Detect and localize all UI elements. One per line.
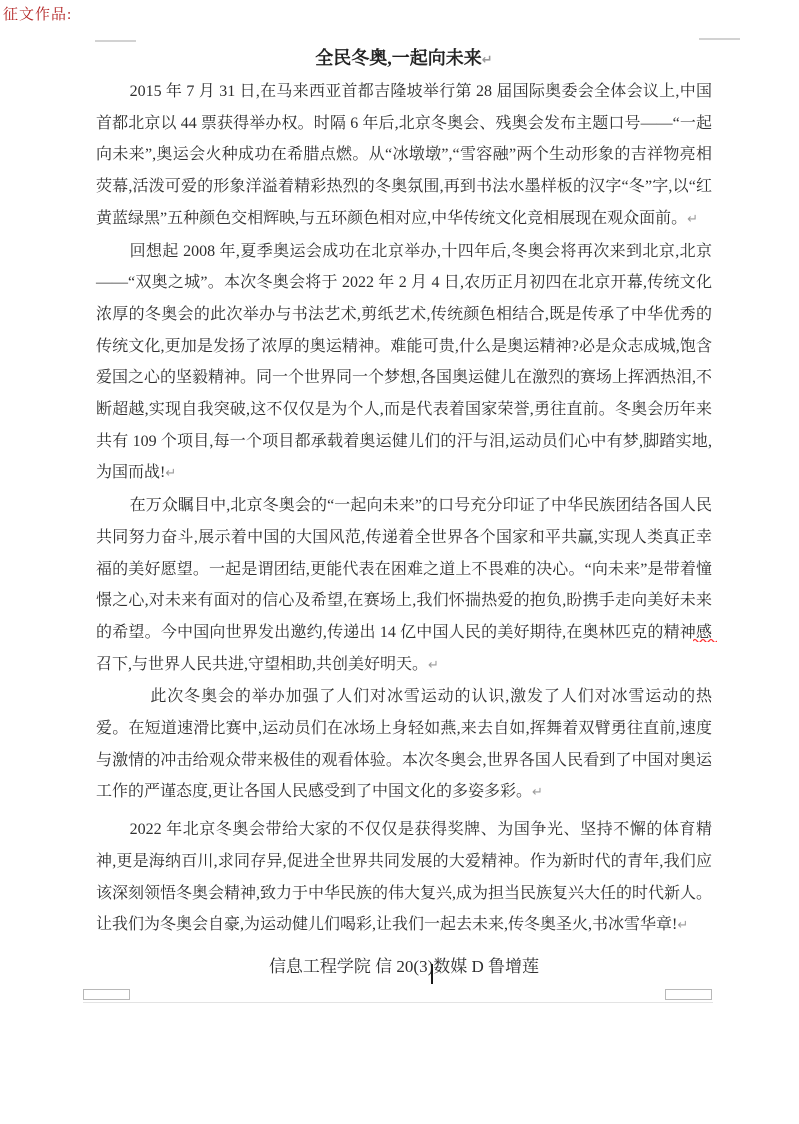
- paragraph-2-text: 回想起 2008 年,夏季奥运会成功在北京举办,十四年后,冬奥会将再次来到北京,…: [96, 243, 712, 482]
- paragraph-2[interactable]: 回想起 2008 年,夏季奥运会成功在北京举办,十四年后,冬奥会将再次来到北京,…: [96, 236, 712, 491]
- paragraph-3-text: 在万众瞩目中,北京冬奥会的“一起向未来”的口号充分印证了中华民族团结各国人民共同…: [96, 497, 712, 673]
- paragraph-mark-icon: ↵: [165, 466, 176, 481]
- paragraph-3[interactable]: 在万众瞩目中,北京冬奥会的“一起向未来”的口号充分印证了中华民族团结各国人民共同…: [96, 490, 712, 681]
- paragraph-4[interactable]: 此次冬奥会的举办加强了人们对冰雪运动的认识,激发了人们对冰雪运动的热爱。在短道速…: [96, 681, 712, 809]
- document-title-text: 全民冬奥,一起向未来: [315, 48, 482, 68]
- paragraph-mark-icon: ↵: [482, 53, 493, 68]
- document-title[interactable]: 全民冬奥,一起向未来↵: [96, 44, 712, 70]
- document-text-area[interactable]: 全民冬奥,一起向未来↵ 2015 年 7 月 31 日,在马来西亚首都吉隆坡举行…: [96, 0, 712, 977]
- paragraph-1-text: 2015 年 7 月 31 日,在马来西亚首都吉隆坡举行第 28 届国际奥委会全…: [96, 83, 712, 227]
- paragraph-4-text: 此次冬奥会的举办加强了人们对冰雪运动的认识,激发了人们对冰雪运动的热爱。在短道速…: [96, 688, 712, 800]
- page-boundary-mark-right: [665, 989, 712, 1000]
- paragraph-5[interactable]: 2022 年北京冬奥会带给大家的不仅仅是获得奖牌、为国争光、坚持不懈的体育精神,…: [96, 814, 712, 942]
- paragraph-mark-icon: ↵: [687, 212, 698, 227]
- paragraph-mark-icon: ↵: [677, 918, 688, 933]
- paragraph-1[interactable]: 2015 年 7 月 31 日,在马来西亚首都吉隆坡举行第 28 届国际奥委会全…: [96, 76, 712, 236]
- paragraph-mark-icon: ↵: [532, 785, 543, 800]
- page-break-line: [83, 1002, 713, 1003]
- document-body[interactable]: 2015 年 7 月 31 日,在马来西亚首都吉隆坡举行第 28 届国际奥委会全…: [96, 76, 712, 942]
- page-boundary-mark-left: [83, 989, 130, 1000]
- paragraph-mark-icon: ↵: [428, 658, 439, 673]
- spellcheck-squiggle-underline: [693, 629, 717, 633]
- paragraph-5-text: 2022 年北京冬奥会带给大家的不仅仅是获得奖牌、为国争光、坚持不懈的体育精神,…: [96, 821, 712, 933]
- essay-category-label: 征文作品:: [3, 3, 72, 24]
- word-document-page: { "colors": { "label_red": "#b22222", "b…: [0, 0, 799, 1124]
- author-signature-line[interactable]: 信息工程学院 信 20(3)数媒 D 鲁增莲: [96, 952, 712, 977]
- text-cursor: [431, 964, 433, 984]
